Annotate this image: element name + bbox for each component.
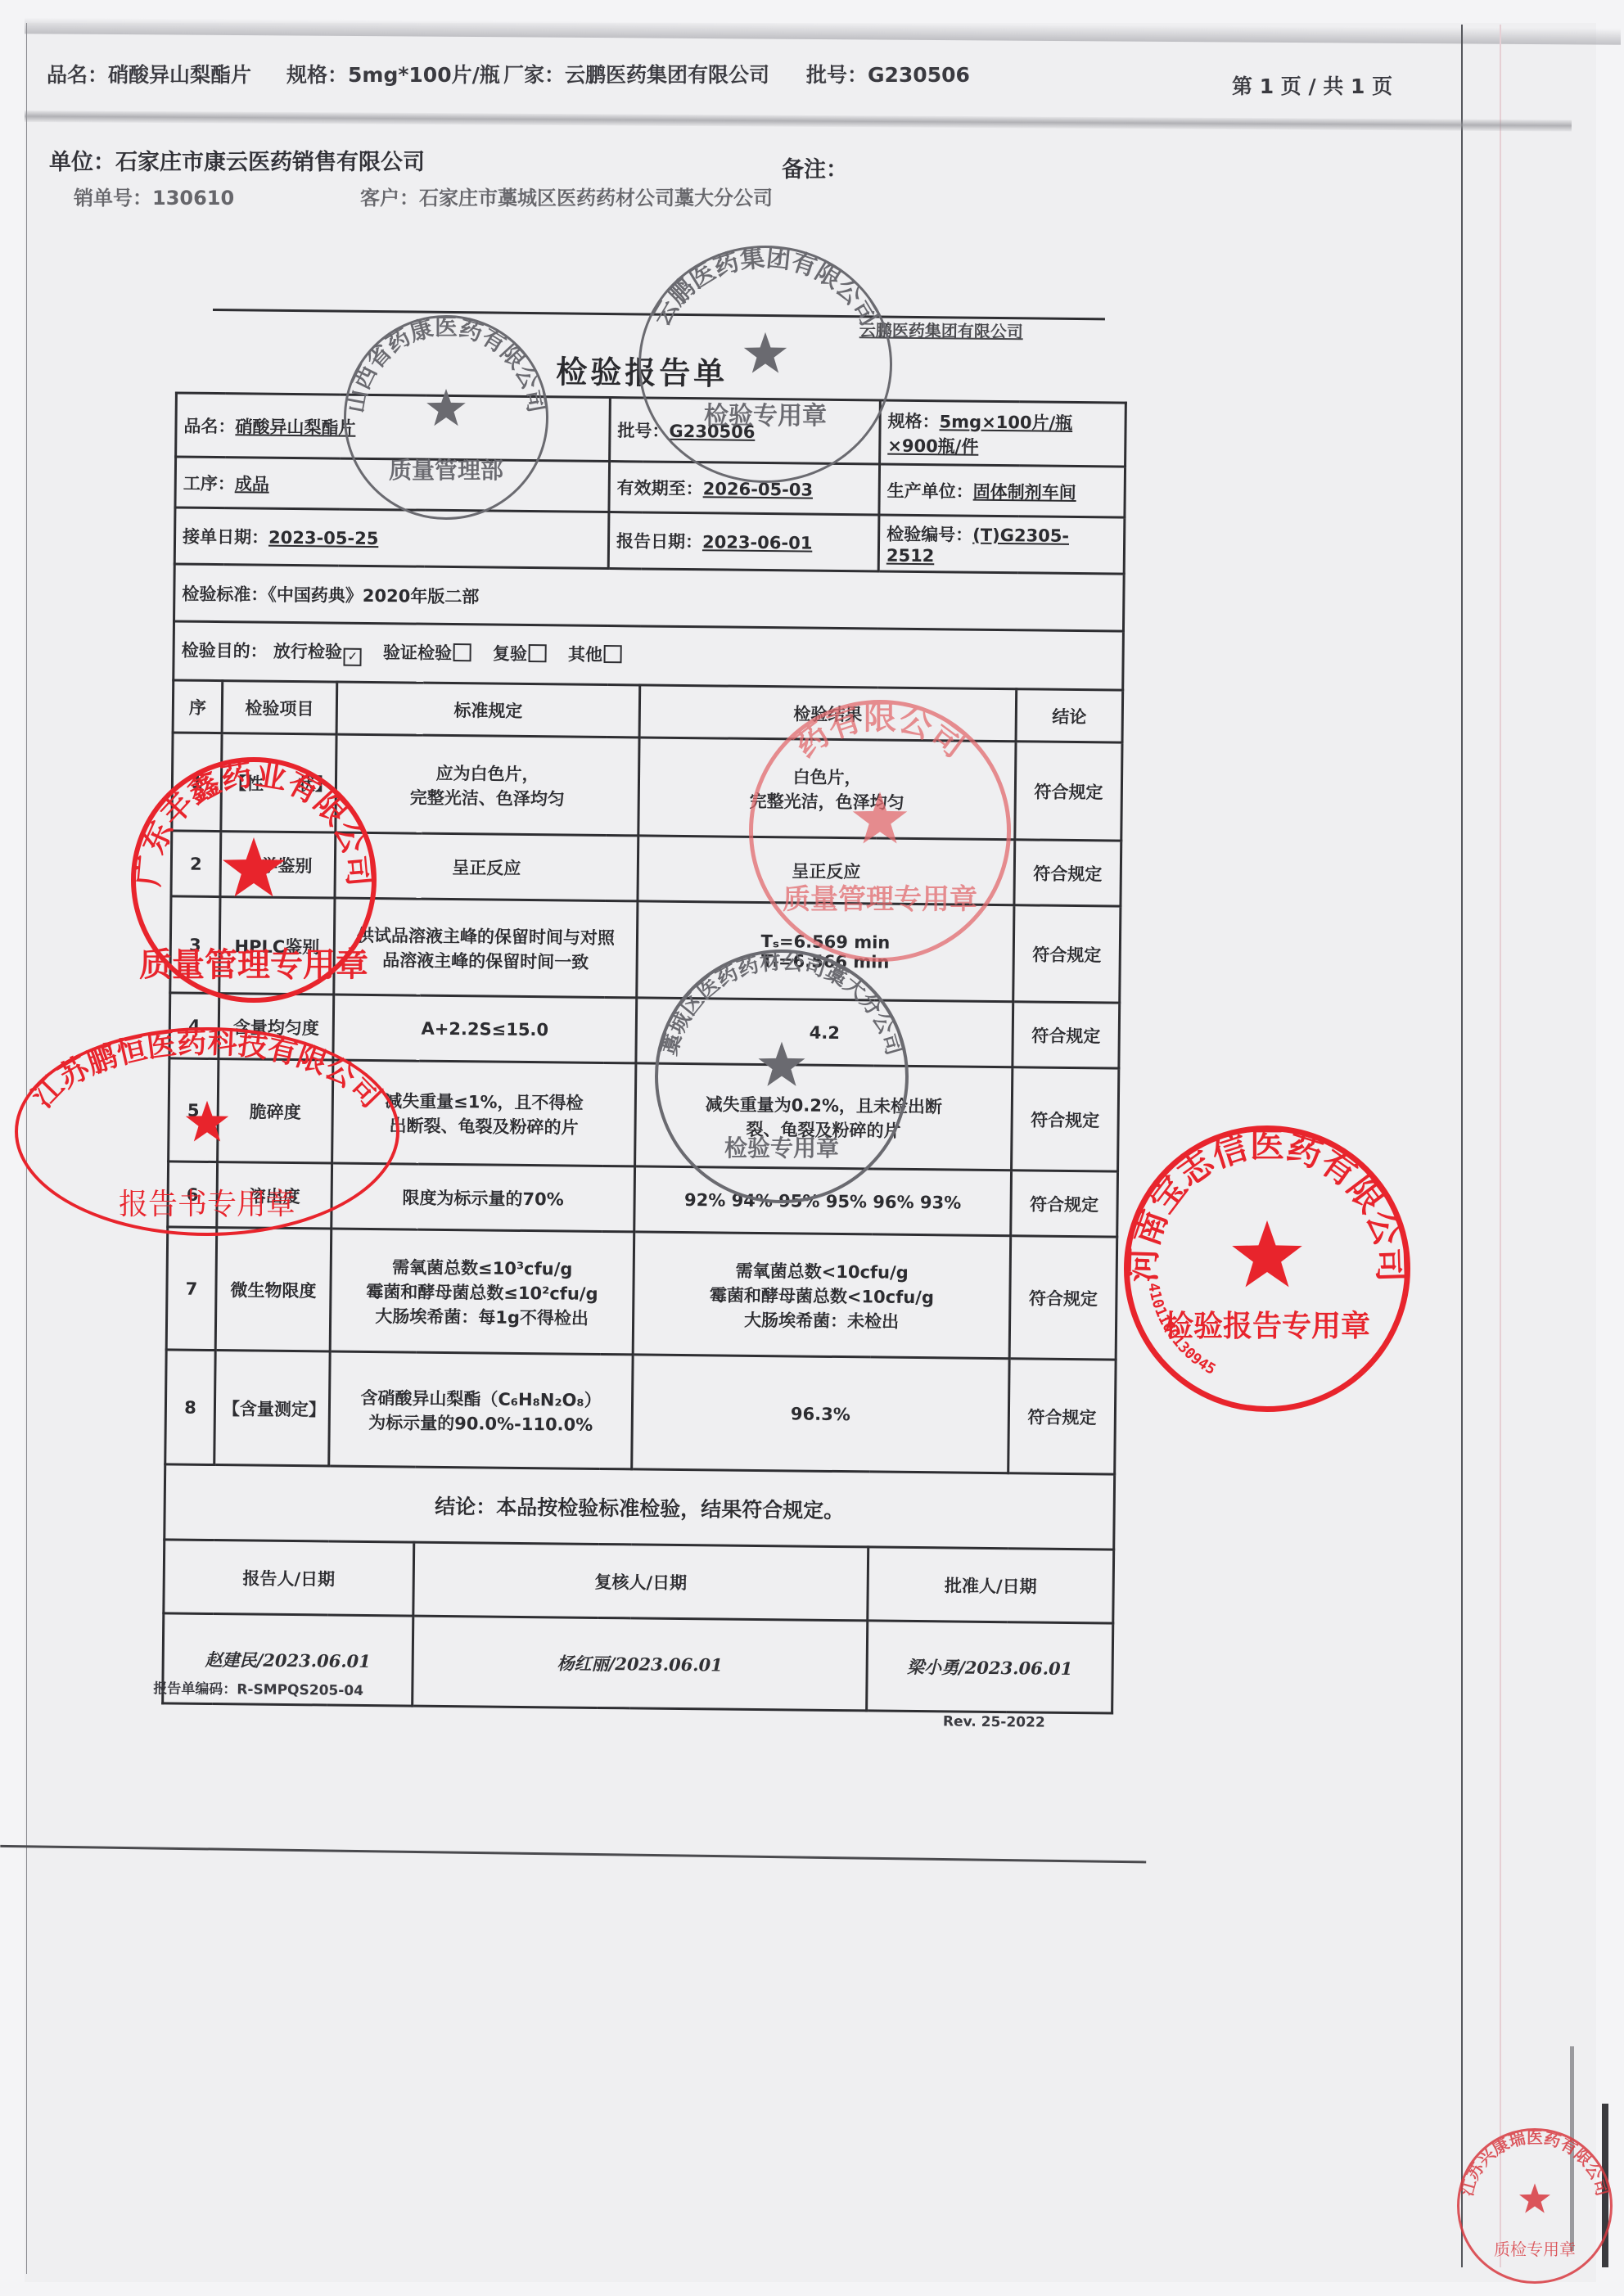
page-edge-line — [1461, 25, 1463, 2267]
table-row: 4含量均匀度A+2.2S≤15.04.2符合规定 — [169, 993, 1120, 1068]
row-number: 5 — [169, 1058, 219, 1162]
production-unit-cell: 生产单位：固体制剂车间 — [879, 464, 1126, 517]
row-standard: 需氧菌总数≤10³cfu/g 霉菌和酵母菌总数≤10²cfu/g 大肠埃希菌：每… — [330, 1229, 634, 1355]
expiry-value: 2026-05-03 — [703, 479, 814, 499]
table-row: 3HPLC鉴别供试品溶液主峰的保留时间与对照 品溶液主峰的保留时间一致Tₛ=6.… — [170, 896, 1121, 1003]
purpose-option-label: 放行检验 — [273, 642, 342, 662]
row-result: 需氧菌总数<10cfu/g 霉菌和酵母菌总数<10cfu/g 大肠埃希菌：未检出 — [633, 1232, 1011, 1359]
page-count: 第 1 页 / 共 1 页 — [1232, 70, 1392, 100]
standard-cell: 检验标准：《中国药典》2020年版二部 — [174, 564, 1125, 631]
row-conclusion: 符合规定 — [1009, 1236, 1117, 1360]
faded-customer: 客户：石家庄市藁城区医药药材公司藁大分公司 — [360, 182, 773, 210]
header-batch: 批号：G230506 — [806, 59, 970, 88]
checkbox-icon — [529, 644, 547, 662]
purpose-option: 验证检验 — [383, 643, 475, 663]
col-header-item: 检验项目 — [222, 681, 337, 734]
product-value: 硝酸异山梨酯片 — [235, 417, 355, 438]
row-conclusion: 符合规定 — [1014, 840, 1121, 906]
row-number: 4 — [169, 993, 219, 1059]
page-edge-line — [26, 23, 27, 2274]
row-standard: 限度为标示量的70% — [332, 1163, 635, 1232]
product-label: 品名： — [183, 416, 235, 436]
row-conclusion: 符合规定 — [1015, 742, 1122, 841]
process-value: 成品 — [235, 474, 269, 494]
table-row: 2化学鉴别呈正反应呈正反应符合规定 — [171, 831, 1121, 906]
reviewer-header: 复核人/日期 — [413, 1542, 868, 1621]
remark-label: 备注： — [782, 151, 848, 183]
purpose-option-label: 其他 — [568, 645, 602, 665]
approver-header: 批准人/日期 — [868, 1547, 1114, 1623]
process-cell: 工序：成品 — [175, 457, 610, 512]
reporter-header: 报告人/日期 — [164, 1540, 414, 1616]
row-item: 含量均匀度 — [219, 994, 334, 1060]
receive-date-value: 2023-05-25 — [268, 528, 379, 548]
table-row: 6溶出度限度为标示量的70%92% 94% 95% 95% 96% 93%符合规… — [168, 1162, 1118, 1237]
purpose-label: 检验目的： — [182, 641, 268, 661]
batch-label: 批号： — [617, 421, 669, 441]
info-row: 品名：硝酸异山梨酯片 批号：G230506 规格：5mg×100片/瓶×900瓶… — [176, 393, 1126, 467]
row-result: 减失重量为0.2%，且未检出断 裂、龟裂及粉碎的片 — [635, 1063, 1013, 1171]
row-result: Tₛ=6.569 min Tᵣ=6.566 min — [637, 901, 1014, 1002]
col-header-conclusion: 结论 — [1016, 689, 1123, 742]
inspection-no-label: 检验编号： — [886, 525, 972, 545]
row-conclusion: 符合规定 — [1011, 1171, 1118, 1237]
purpose-option-label: 复验 — [493, 644, 527, 664]
row-number: 2 — [171, 831, 221, 897]
row-number: 6 — [168, 1162, 218, 1228]
row-standard: 含硝酸异山梨酯（C₆H₈N₂O₈） 为标示量的90.0%-110.0% — [329, 1351, 633, 1469]
expiry-label: 有效期至： — [617, 478, 703, 498]
purpose-option: 复验 — [493, 644, 550, 665]
table-row: 7微生物限度需氧菌总数≤10³cfu/g 霉菌和酵母菌总数≤10²cfu/g 大… — [166, 1227, 1117, 1360]
checked-box-icon: ✓ — [344, 648, 362, 666]
table-row: 1【性 状】应为白色片， 完整光洁、色泽均匀白色片， 完整光洁，色泽均匀符合规定 — [172, 733, 1122, 841]
revision: Rev. 25-2022 — [943, 1713, 1045, 1730]
purpose-cell: 检验目的： 放行检验✓验证检验复验其他 — [174, 621, 1124, 690]
col-header-no: 序 — [173, 680, 223, 733]
reviewer-signature: 杨红丽/2023.06.01 — [413, 1616, 868, 1711]
batch-value: G230506 — [669, 421, 755, 441]
inspection-report-sheet: 云鹏医药集团有限公司 检验报告单 品名：硝酸异山梨酯片 批号：G230506 规… — [124, 309, 1146, 1777]
col-header-standard: 标准规定 — [336, 682, 640, 738]
row-item: 溶出度 — [217, 1162, 332, 1229]
row-item: HPLC鉴别 — [219, 897, 335, 995]
report-title: 检验报告单 — [138, 342, 1146, 398]
table-header-row: 序 检验项目 标准规定 检验结果 结论 — [173, 680, 1123, 742]
spec-cell: 规格：5mg×100片/瓶×900瓶/件 — [880, 400, 1126, 467]
row-result: 92% 94% 95% 95% 96% 93% — [634, 1166, 1012, 1236]
info-row: 接单日期：2023-05-25 报告日期：2023-06-01 检验编号：(T)… — [174, 507, 1125, 574]
header-spec: 规格：5mg*100片/瓶 — [286, 59, 500, 88]
product-cell: 品名：硝酸异山梨酯片 — [176, 393, 611, 462]
signature-header-row: 报告人/日期 复核人/日期 批准人/日期 — [164, 1540, 1114, 1623]
report-table: 品名：硝酸异山梨酯片 批号：G230506 规格：5mg×100片/瓶×900瓶… — [161, 391, 1127, 1714]
page-edge-line — [1500, 25, 1501, 2267]
purpose-option-label: 验证检验 — [383, 643, 452, 663]
production-unit-label: 生产单位： — [887, 480, 973, 501]
process-label: 工序： — [183, 473, 235, 494]
header-manufacturer: 厂家：云鹏医药集团有限公司 — [503, 59, 769, 88]
row-conclusion: 符合规定 — [1013, 905, 1121, 1003]
row-result: 96.3% — [632, 1355, 1009, 1473]
row-item: 脆碎度 — [218, 1059, 333, 1163]
row-number: 3 — [170, 896, 220, 994]
checkbox-icon — [604, 645, 622, 663]
page-edge-line — [1602, 2104, 1608, 2267]
row-conclusion: 符合规定 — [1008, 1359, 1116, 1474]
row-number: 8 — [165, 1350, 215, 1465]
row-item: 化学鉴别 — [220, 832, 336, 898]
row-standard: A+2.2S≤15.0 — [333, 995, 637, 1063]
receive-date-cell: 接单日期：2023-05-25 — [174, 507, 609, 569]
row-standard: 呈正反应 — [335, 832, 638, 901]
row-number: 7 — [166, 1227, 217, 1351]
row-number: 1 — [172, 733, 222, 832]
faded-order-number: 销单号：130610 — [74, 182, 234, 210]
production-unit-value: 固体制剂车间 — [973, 481, 1076, 502]
conclusion-text: 结论：本品按检验标准检验，结果符合规定。 — [165, 1464, 1115, 1549]
row-item: 微生物限度 — [215, 1228, 332, 1351]
header-product-name: 品名：硝酸异山梨酯片 — [47, 59, 251, 88]
receive-date-label: 接单日期： — [183, 527, 268, 548]
standard-row: 检验标准：《中国药典》2020年版二部 — [174, 564, 1125, 631]
report-date-label: 报告日期： — [616, 531, 702, 552]
purpose-options: 放行检验✓验证检验复验其他 — [273, 642, 643, 665]
approver-signature: 梁小勇/2023.06.01 — [867, 1621, 1113, 1713]
row-conclusion: 符合规定 — [1013, 1002, 1120, 1068]
row-standard: 减失重量≤1%，且不得检 出断裂、龟裂及粉碎的片 — [332, 1060, 636, 1166]
page-edge-line — [1570, 2046, 1574, 2251]
table-row: 8【含量测定】含硝酸异山梨酯（C₆H₈N₂O₈） 为标示量的90.0%-110.… — [165, 1350, 1116, 1474]
row-result: 白色片， 完整光洁，色泽均匀 — [638, 738, 1016, 840]
inspection-no-cell: 检验编号：(T)G2305-2512 — [878, 515, 1125, 574]
checkbox-icon — [453, 643, 471, 661]
col-header-result: 检验结果 — [639, 685, 1017, 742]
conclusion-row: 结论：本品按检验标准检验，结果符合规定。 — [165, 1464, 1115, 1549]
form-code: 报告单编码：R-SMPQS205-04 — [153, 1676, 363, 1699]
row-result: 4.2 — [636, 998, 1013, 1067]
report-company: 云鹏医药集团有限公司 — [859, 317, 1023, 342]
row-conclusion: 符合规定 — [1012, 1067, 1119, 1171]
row-item: 【含量测定】 — [214, 1351, 330, 1466]
row-item: 【性 状】 — [221, 733, 336, 832]
batch-cell: 批号：G230506 — [610, 398, 881, 464]
spec-label: 规格： — [888, 411, 940, 431]
expiry-cell: 有效期至：2026-05-03 — [609, 462, 880, 515]
table-row: 5脆碎度减失重量≤1%，且不得检 出断裂、龟裂及粉碎的片减失重量为0.2%，且未… — [169, 1058, 1119, 1171]
purpose-row: 检验目的： 放行检验✓验证检验复验其他 — [174, 621, 1124, 690]
result-rows: 1【性 状】应为白色片， 完整光洁、色泽均匀白色片， 完整光洁，色泽均匀符合规定… — [165, 733, 1122, 1474]
purpose-option: 放行检验✓ — [273, 642, 365, 662]
report-date-value: 2023-06-01 — [702, 532, 813, 553]
report-date-cell: 报告日期：2023-06-01 — [608, 512, 879, 571]
row-standard: 应为白色片， 完整光洁、色泽均匀 — [336, 734, 639, 836]
row-result: 呈正反应 — [638, 836, 1015, 905]
row-standard: 供试品溶液主峰的保留时间与对照 品溶液主峰的保留时间一致 — [334, 898, 638, 998]
purpose-option: 其他 — [568, 645, 625, 665]
unit-line: 单位：石家庄市康云医药销售有限公司 — [49, 144, 425, 176]
